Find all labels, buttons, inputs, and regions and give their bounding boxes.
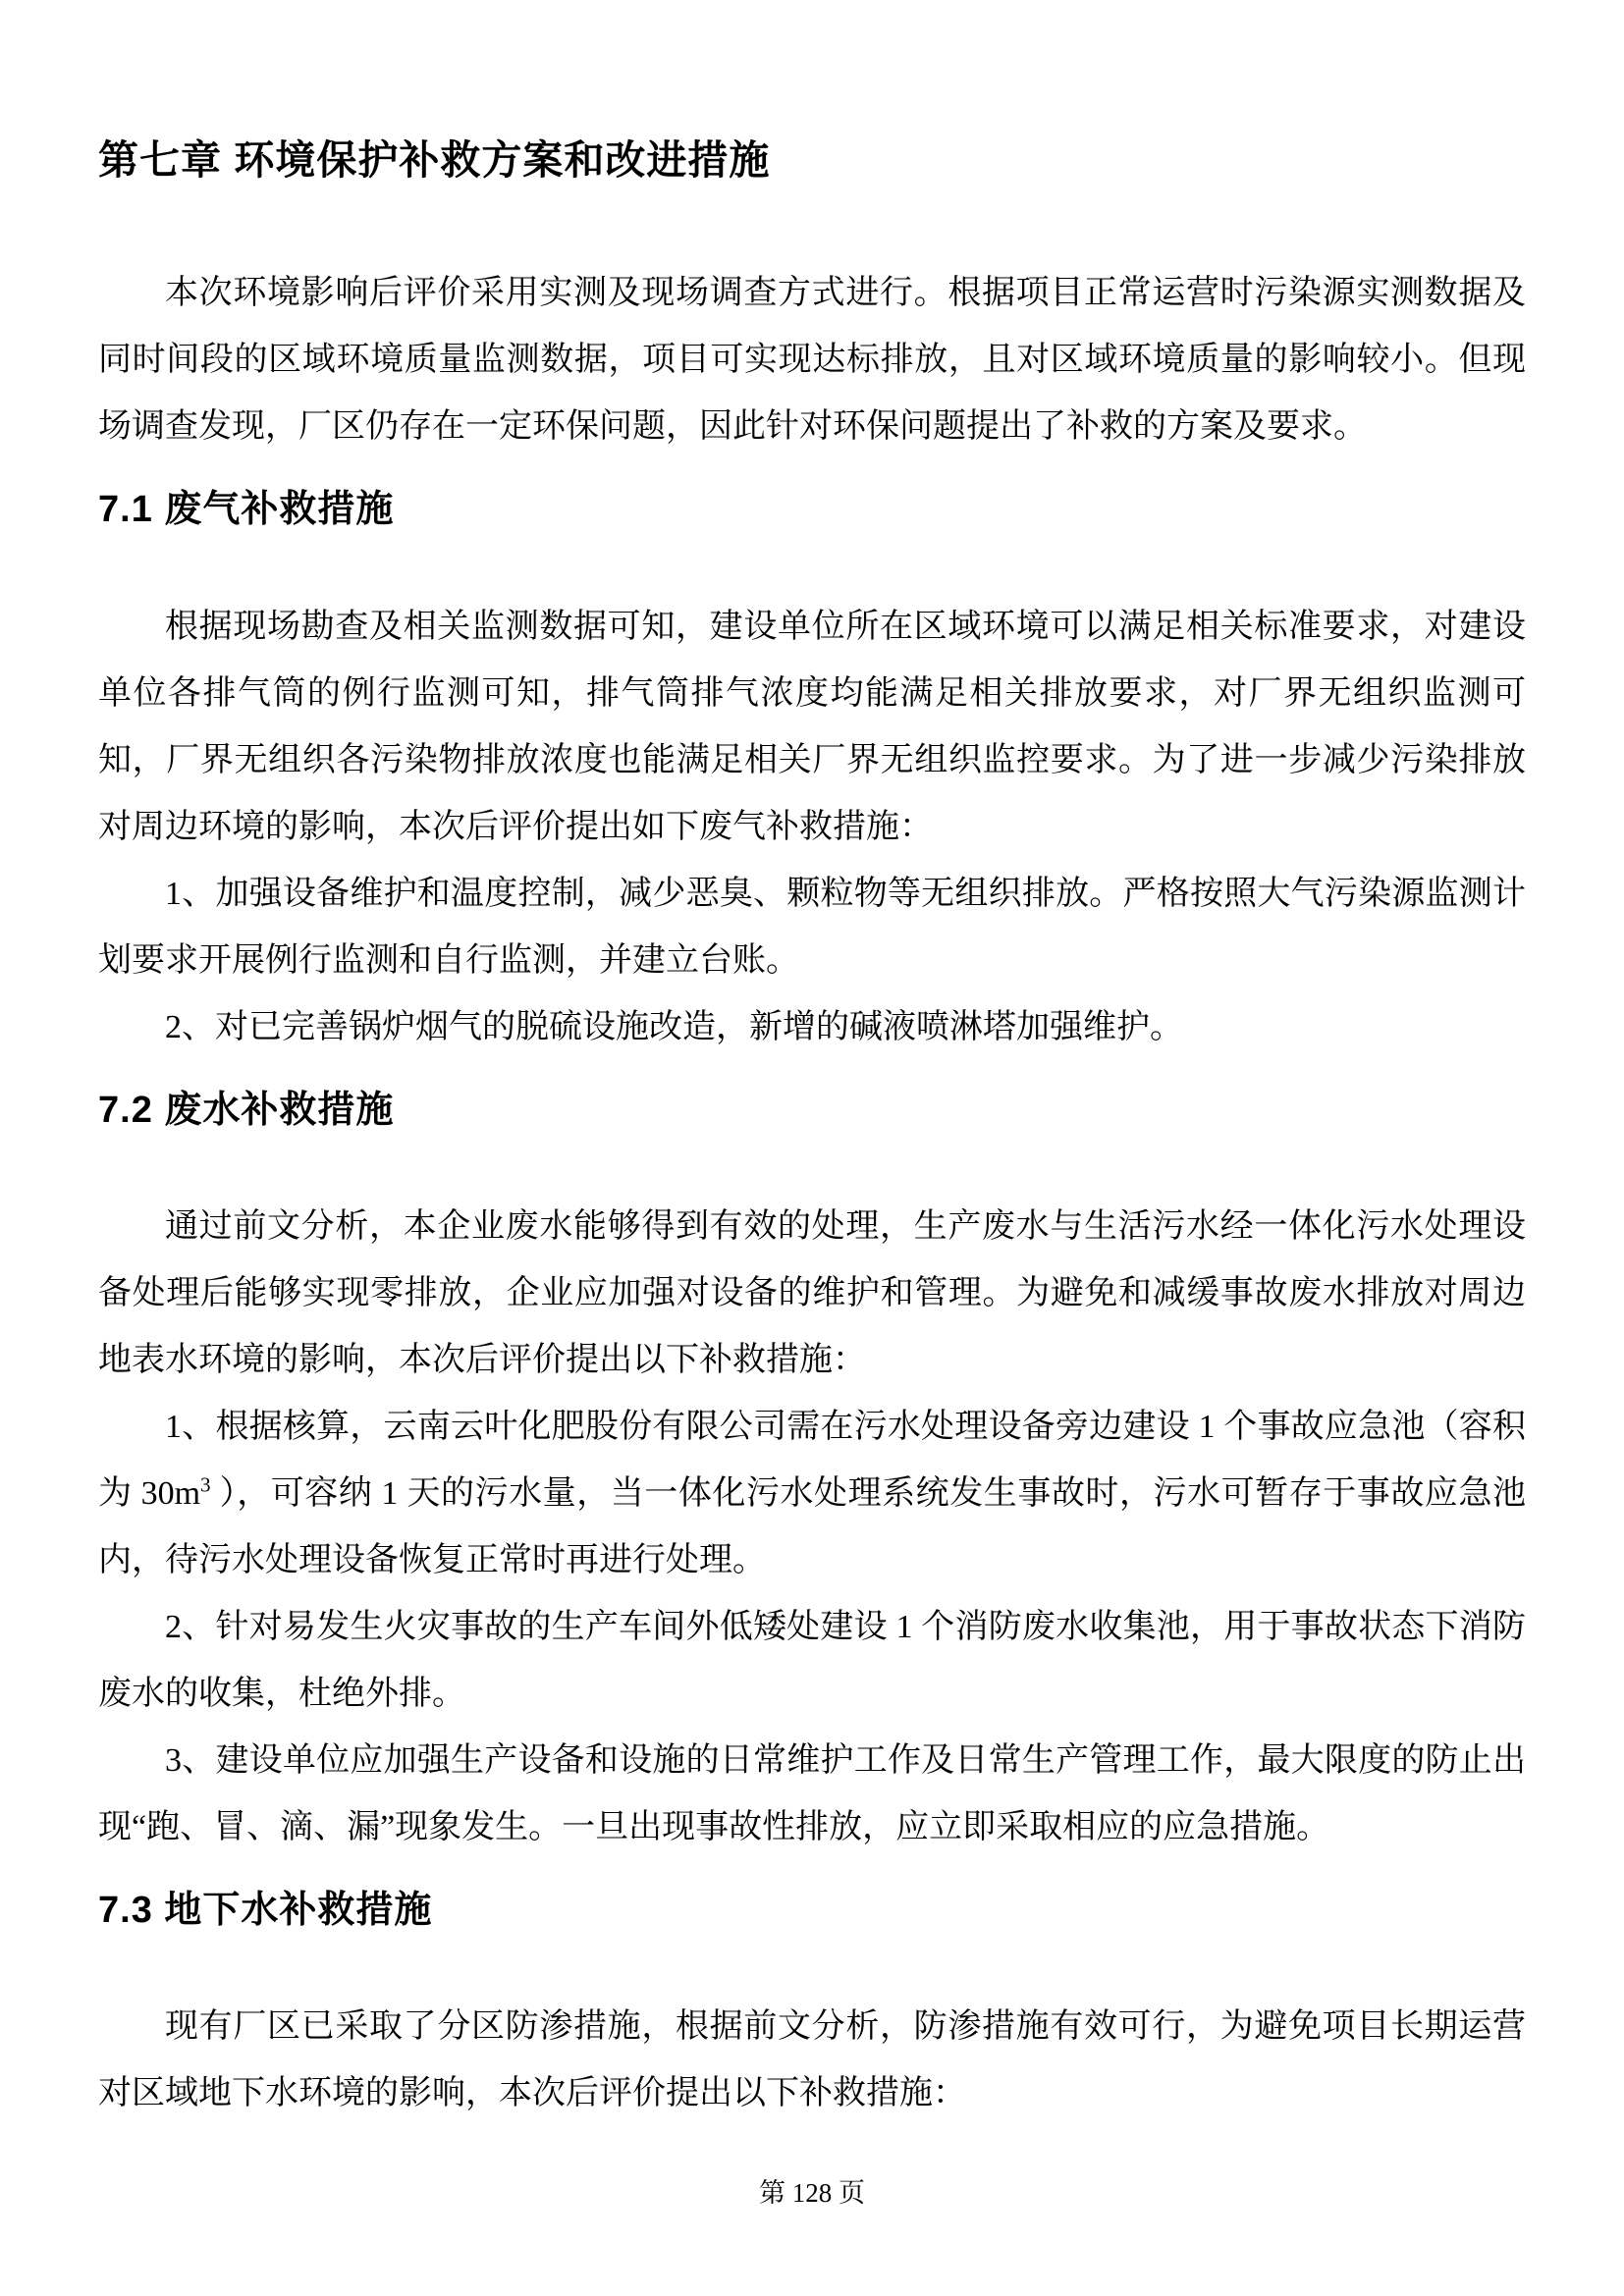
section-7-2-item-1-superscript: 3 bbox=[200, 1473, 211, 1497]
section-7-3-paragraph: 现有厂区已采取了分区防渗措施，根据前文分析，防渗措施有效可行，为避免项目长期运营… bbox=[98, 1994, 1526, 2127]
section-7-1-heading: 7.1 废气补救措施 bbox=[98, 486, 1526, 534]
section-7-2-item-1-text-after-superscript: ），可容纳 1 天的污水量，当一体化污水处理系统发生事故时，污水可暂存于事故应急… bbox=[98, 1475, 1526, 1578]
section-7-1-item-1: 1、加强设备维护和温度控制，减少恶臭、颗粒物等无组织排放。严格按照大气污染源监测… bbox=[98, 861, 1526, 994]
section-7-1-paragraph: 根据现场勘查及相关监测数据可知，建设单位所在区域环境可以满足相关标准要求，对建设… bbox=[98, 594, 1526, 861]
section-7-3-heading: 7.3 地下水补救措施 bbox=[98, 1887, 1526, 1935]
section-7-1-item-2: 2、对已完善锅炉烟气的脱硫设施改造，新增的碱液喷淋塔加强维护。 bbox=[98, 994, 1526, 1061]
section-7-2-paragraph: 通过前文分析，本企业废水能够得到有效的处理，生产废水与生活污水经一体化污水处理设… bbox=[98, 1194, 1526, 1394]
section-7-2-item-3: 3、建设单位应加强生产设备和设施的日常维护工作及日常生产管理工作，最大限度的防止… bbox=[98, 1728, 1526, 1861]
document-page: 第七章 环境保护补救方案和改进措施 本次环境影响后评价采用实测及现场调查方式进行… bbox=[0, 0, 1624, 2296]
page-number: 第 128 页 bbox=[0, 2176, 1624, 2210]
section-7-2-heading: 7.2 废水补救措施 bbox=[98, 1087, 1526, 1135]
section-7-2-item-1: 1、根据核算，云南云叶化肥股份有限公司需在污水处理设备旁边建设 1 个事故应急池… bbox=[98, 1394, 1526, 1594]
chapter-title: 第七章 环境保护补救方案和改进措施 bbox=[98, 135, 1526, 186]
section-7-2-item-2: 2、针对易发生火灾事故的生产车间外低矮处建设 1 个消防废水收集池，用于事故状态… bbox=[98, 1594, 1526, 1728]
chapter-intro-paragraph: 本次环境影响后评价采用实测及现场调查方式进行。根据项目正常运营时污染源实测数据及… bbox=[98, 260, 1526, 460]
